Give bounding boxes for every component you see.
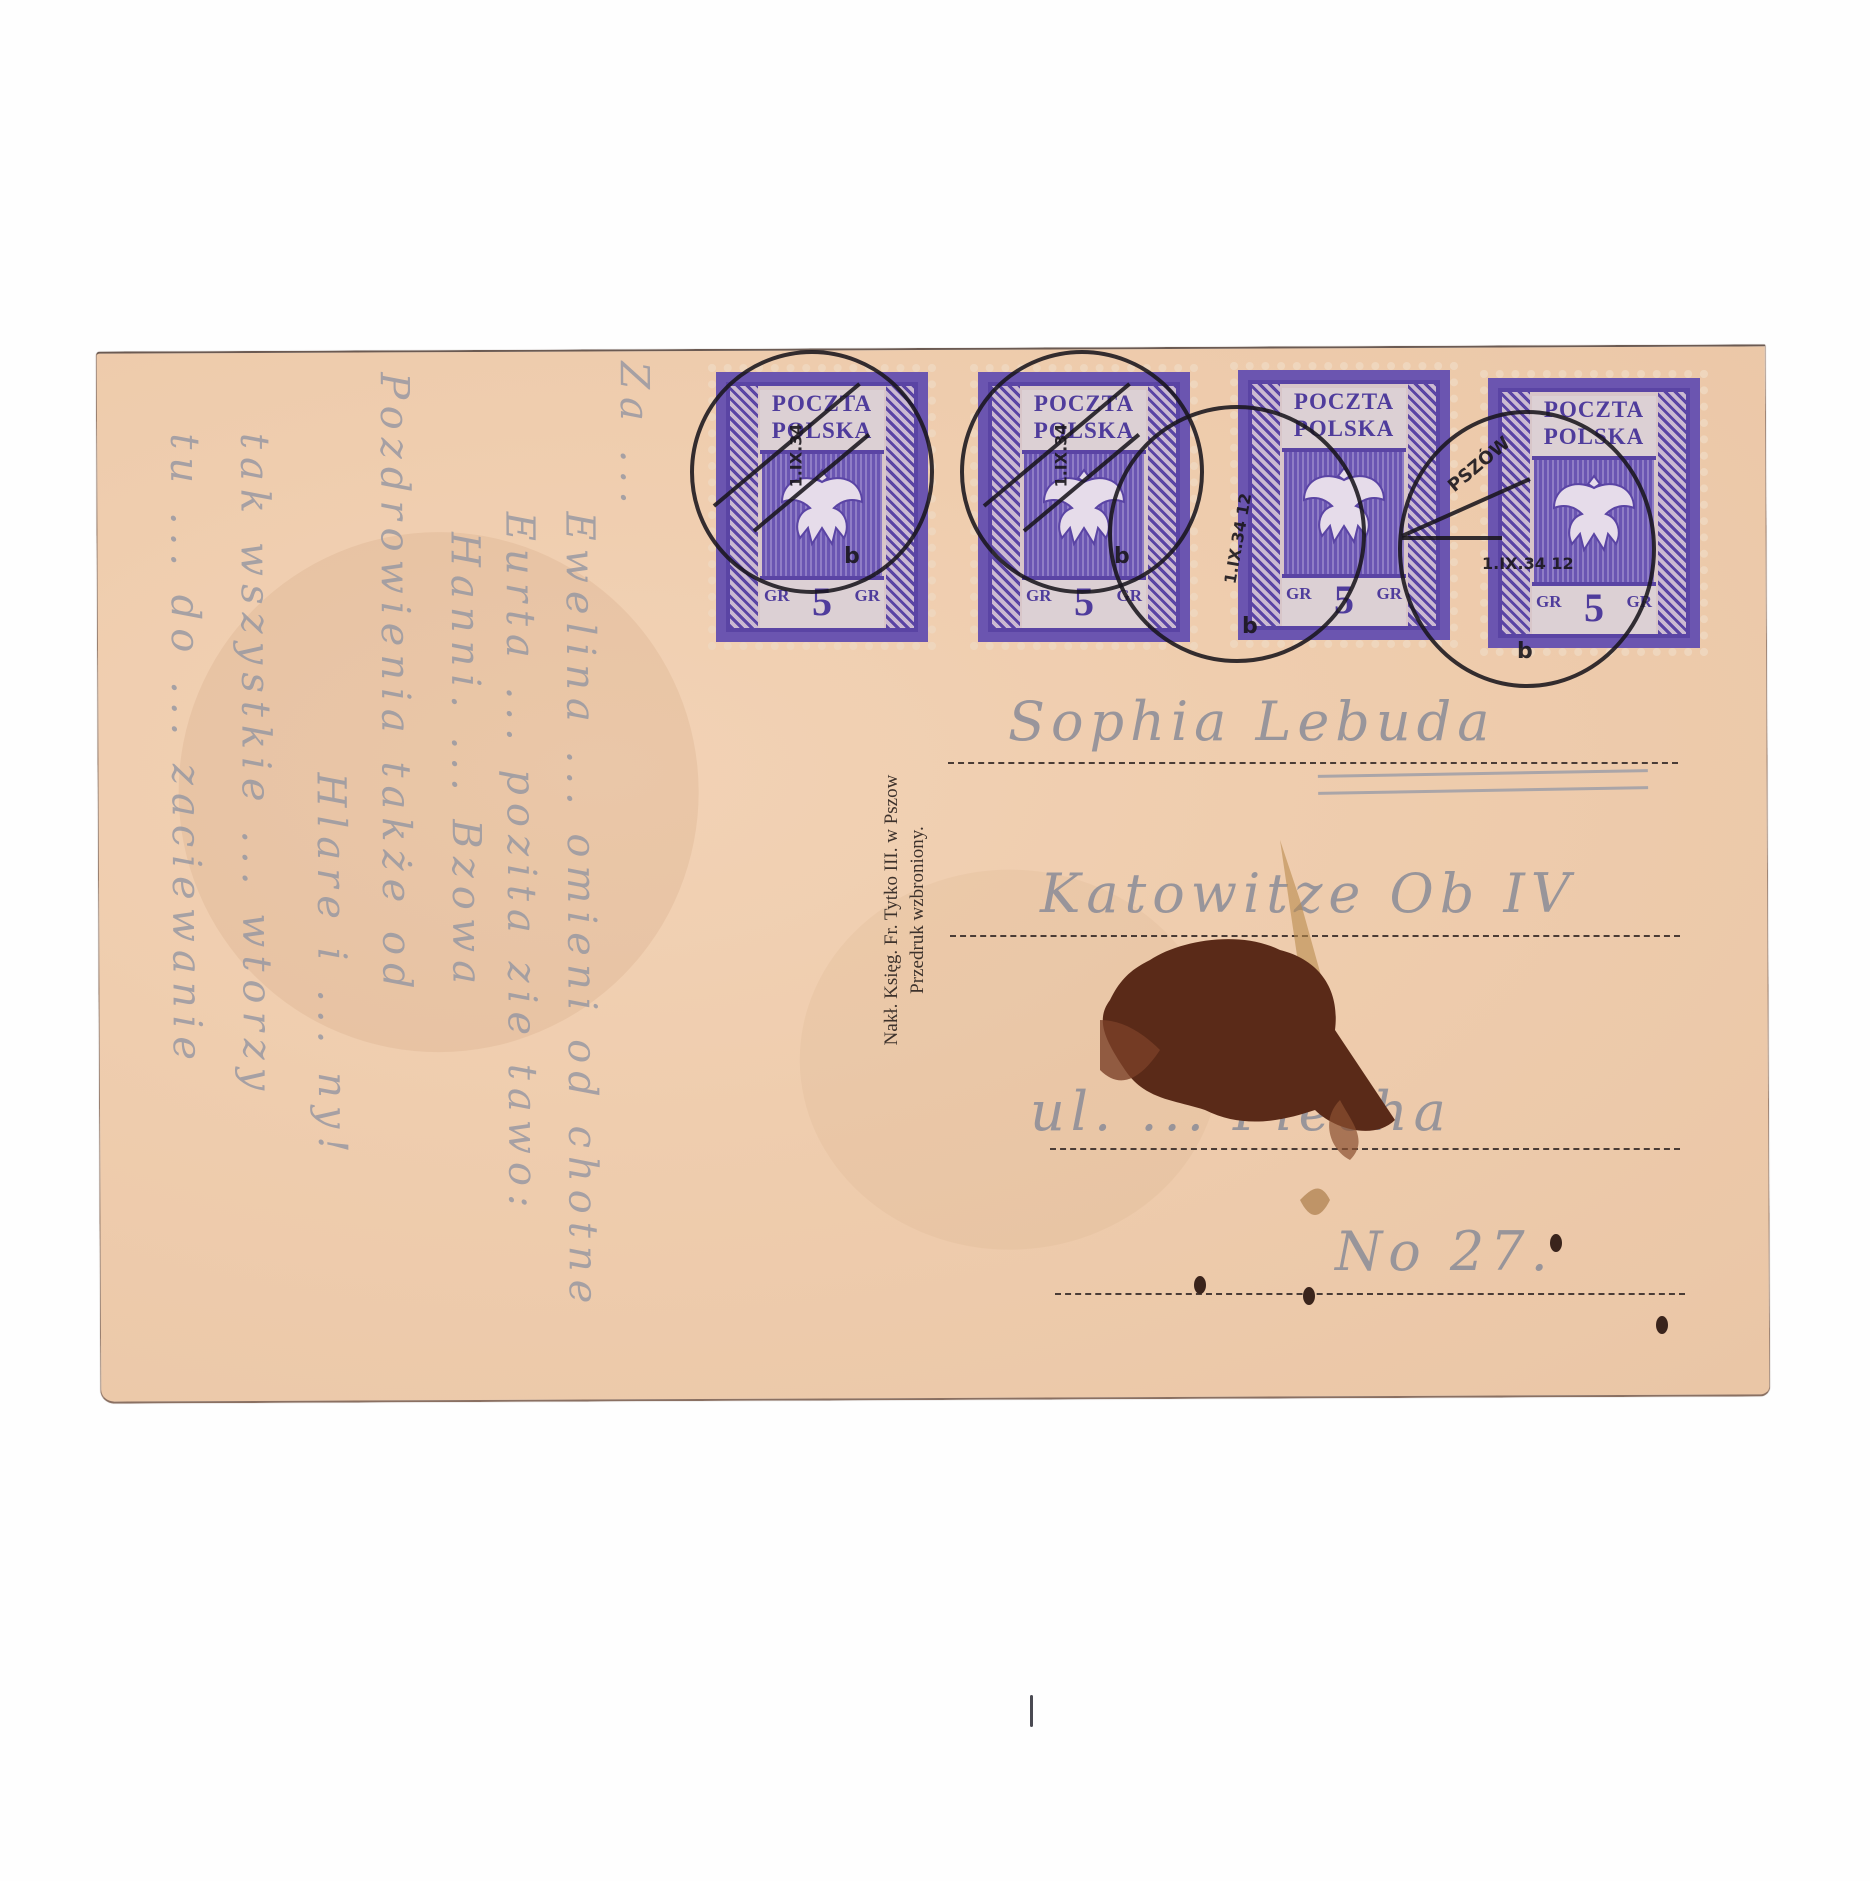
postmark: 1.IX.34 12 b [1108, 405, 1366, 663]
recipient-name: Sophia Lebuda [1008, 690, 1495, 753]
address-line [948, 762, 1678, 764]
ink-dot [1656, 1316, 1668, 1334]
address-line [1055, 1293, 1685, 1295]
ink-dot [1303, 1287, 1315, 1305]
publisher-imprint: Nakł. Księg. Fr. Tytko III. w Pszow Prze… [860, 660, 950, 1160]
message-line: Eurta ... pozita zie tawo: [496, 512, 545, 1216]
postmark: 1.IX.34 b [690, 350, 934, 594]
message-line: Za ... [611, 361, 658, 512]
publisher-line: Nakł. Księg. Fr. Tytko III. w Pszow [879, 660, 905, 1160]
message-line: Hanni. ... Bzowa [442, 532, 490, 992]
stain-blot [1040, 820, 1440, 1250]
ink-dot [1550, 1234, 1562, 1252]
message-line: Hlare i ... ny! [308, 773, 356, 1161]
scan-mark [1030, 1695, 1033, 1727]
message-line: Ewelina ... omieni od chotne [556, 511, 605, 1311]
ink-dot [1194, 1276, 1206, 1294]
postmark: PSZÓW 1.IX.34 12 b [1398, 410, 1656, 688]
message-line: tak wszystkie ... wtorzy [231, 433, 280, 1099]
reprint-notice: Przedruk wzbroniony. [905, 660, 931, 1160]
message-line: Pozdrowienia także od [371, 372, 420, 997]
message-line: tu ... do ... zaciewanie [161, 433, 210, 1068]
